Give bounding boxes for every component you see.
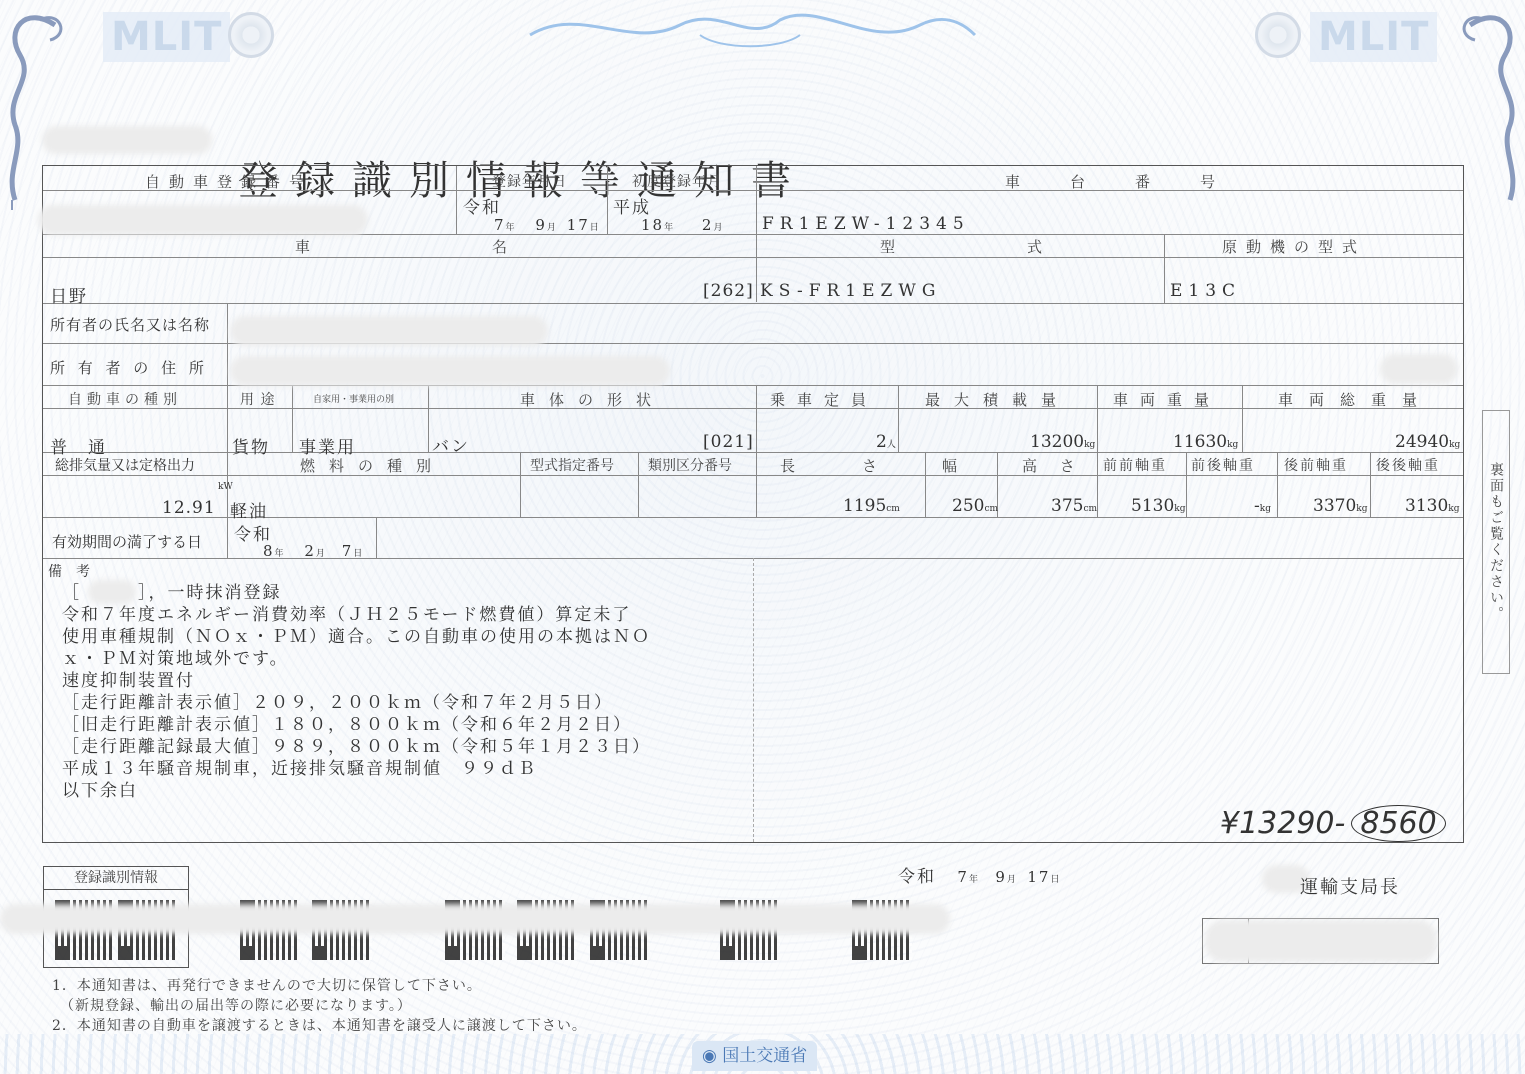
header-capacity: 乗車定員 — [770, 389, 878, 410]
header-body-shape: 車体の形状 — [520, 389, 665, 410]
redacted-registration-number — [38, 205, 368, 235]
qr-section-label: 登録識別情報 — [44, 867, 188, 890]
header-engine-model: 原動機の型式 — [1222, 236, 1366, 257]
header-height: 高 さ — [1022, 455, 1084, 476]
header-length-a: 長 — [780, 455, 804, 476]
gross-weight-value: 24940kg — [1395, 432, 1460, 452]
registration-date-value: 7年 9月 17日 — [494, 216, 599, 234]
header-gross-weight: 車両総重量 — [1278, 389, 1433, 410]
mlit-logo-left: MLIT — [103, 12, 230, 62]
length-value: 1195cm — [843, 496, 900, 516]
mlit-logo-right: MLIT — [1310, 12, 1437, 62]
header-chassis-number: 車台番号 — [1005, 171, 1265, 192]
displacement-value: 12.91 — [162, 498, 216, 518]
remark-line: ｘ・ＰＭ対策地域外です。 — [62, 648, 651, 670]
mlit-footer-logo: ◉ 国土交通省 — [692, 1041, 817, 1071]
remark-line: ［旧走行距離計表示値］１８０，８００ｋｍ（令和６年２月２日） — [62, 714, 651, 736]
corner-ornament-right-icon — [1455, 0, 1525, 220]
header-max-load: 最大積載量 — [925, 389, 1070, 410]
engine-model-value: E13C — [1170, 281, 1241, 301]
first-registration-era: 平成 — [613, 193, 651, 218]
ff-axle-value: 5130kg — [1131, 496, 1185, 516]
handwritten-circled-number: 8560 — [1351, 805, 1445, 842]
chassis-number-value: FR1EZW-12345 — [762, 214, 970, 234]
max-load-value: 13200kg — [1030, 432, 1095, 452]
vehicle-name-value: 日野 — [50, 282, 88, 307]
model-value: KS-FR1EZWG — [760, 281, 941, 301]
redacted-owner-name — [230, 316, 548, 346]
remark-line: ［ ］，一時抹消登録 — [62, 582, 651, 604]
header-vehicle-name-right: 名 — [492, 236, 516, 257]
remark-line: 平成１３年騒音規制車，近接排気騒音規制値 ９９ｄＢ — [62, 758, 651, 780]
usage-value: 貨物 — [232, 433, 270, 458]
header-length-b: さ — [862, 455, 886, 476]
rr-axle-value: 3130kg — [1405, 496, 1459, 516]
header-private-business: 自家用・事業用の別 — [313, 392, 394, 405]
issuer-title: 運輸支局長 — [1300, 873, 1400, 899]
redacted-stamp — [1205, 920, 1437, 962]
header-registration-date: 登録年月日 — [492, 171, 567, 191]
remark-line: ［走行距離記録最大値］９８９，８００ｋｍ（令和５年１月２３日） — [62, 736, 651, 758]
header-model-left: 型 — [880, 236, 904, 257]
fuel-type-value: 軽油 — [230, 497, 268, 522]
displacement-unit-kw: kW — [218, 482, 233, 492]
body-shape-code: [021] — [703, 432, 754, 452]
emblem-left-icon — [228, 12, 274, 58]
header-usage: 用 途 — [240, 389, 275, 409]
redacted-remark-code — [88, 580, 136, 604]
note-line: 2．本通知書の自動車を譲渡するときは、本通知書を譲受人に譲渡して下さい。 — [52, 1016, 587, 1036]
remark-line: 使用車種規制（ＮＯｘ・ＰＭ）適合。この自動車の使用の本拠はＮＯ — [62, 626, 651, 648]
remark-line: 令和７年度エネルギー消費効率（ＪＨ２５モード燃費値）算定未了 — [62, 604, 651, 626]
header-ff-axle: 前前軸重 — [1103, 455, 1167, 475]
header-vehicle-weight: 車両重量 — [1113, 389, 1221, 410]
width-value: 250cm — [952, 496, 998, 516]
header-first-registration: 初度登録年月 — [632, 171, 722, 191]
header-remarks: 備 考 — [48, 561, 90, 581]
handwritten-fee: ¥13290-8560 — [1220, 805, 1446, 842]
notes-list: 1．本通知書は、再発行できませんので大切に保管して下さい。 （新規登録、輸出の届… — [52, 976, 587, 1036]
rf-axle-value: 3370kg — [1313, 496, 1367, 516]
vehicle-name-code: [262] — [703, 281, 754, 301]
remark-line: 速度抑制装置付 — [62, 670, 651, 692]
first-registration-value: 18年 2月 — [641, 216, 722, 234]
header-type-designation: 型式指定番号 — [530, 455, 614, 475]
header-fr-axle: 前後軸重 — [1191, 455, 1255, 475]
see-reverse-side-note: 裏面もご覧ください。 — [1482, 410, 1510, 674]
note-line: 1．本通知書は、再発行できませんので大切に保管して下さい。 — [52, 976, 587, 996]
emblem-right-icon — [1255, 12, 1301, 58]
header-category-number: 類別区分番号 — [648, 455, 732, 475]
expiry-value: 8年 2月 7日 — [263, 542, 362, 560]
header-rf-axle: 後前軸重 — [1284, 455, 1348, 475]
redacted-office-name — [42, 126, 212, 154]
header-expiry: 有効期間の満了する日 — [52, 531, 202, 552]
redacted-corner — [1380, 354, 1458, 384]
header-width: 幅 — [942, 455, 966, 476]
header-owner-address: 所 有 者 の 住 所 — [50, 357, 208, 378]
header-displacement: 総排気量又は定格出力 — [55, 455, 195, 475]
remark-line: ［走行距離計表示値］２０９，２００ｋｍ（令和７年２月５日） — [62, 692, 651, 714]
height-value: 375cm — [1051, 496, 1097, 516]
header-rr-axle: 後後軸重 — [1376, 455, 1440, 475]
header-model-right: 式 — [1027, 236, 1051, 257]
mlit-symbol-icon: ◉ — [702, 1046, 722, 1066]
remarks-list: ［ ］，一時抹消登録 令和７年度エネルギー消費効率（ＪＨ２５モード燃費値）算定未… — [62, 582, 651, 802]
capacity-value: 2人 — [876, 432, 896, 452]
remark-line: 以下余白 — [62, 780, 651, 802]
header-vehicle-name-left: 車 — [295, 236, 319, 257]
registration-date-era: 令和 — [463, 193, 501, 218]
header-vehicle-type: 自動車の種別 — [68, 389, 182, 409]
header-owner-name: 所有者の氏名又は名称 — [50, 314, 210, 335]
fr-axle-value: -kg — [1254, 496, 1271, 516]
note-line: （新規登録、輸出の届出等の際に必要になります。） — [52, 996, 587, 1016]
redacted-owner-address — [230, 356, 670, 386]
body-shape-value: バン — [432, 432, 470, 457]
issue-date: 令和 7年 9月 17日 — [898, 862, 1059, 887]
top-center-ornament-icon — [520, 5, 980, 55]
vehicle-weight-value: 11630kg — [1173, 432, 1238, 452]
header-fuel-type: 燃料の種別 — [300, 455, 445, 476]
redacted-qr-strip — [0, 904, 950, 934]
header-registration-number: 自動車登録番号 — [145, 171, 313, 192]
